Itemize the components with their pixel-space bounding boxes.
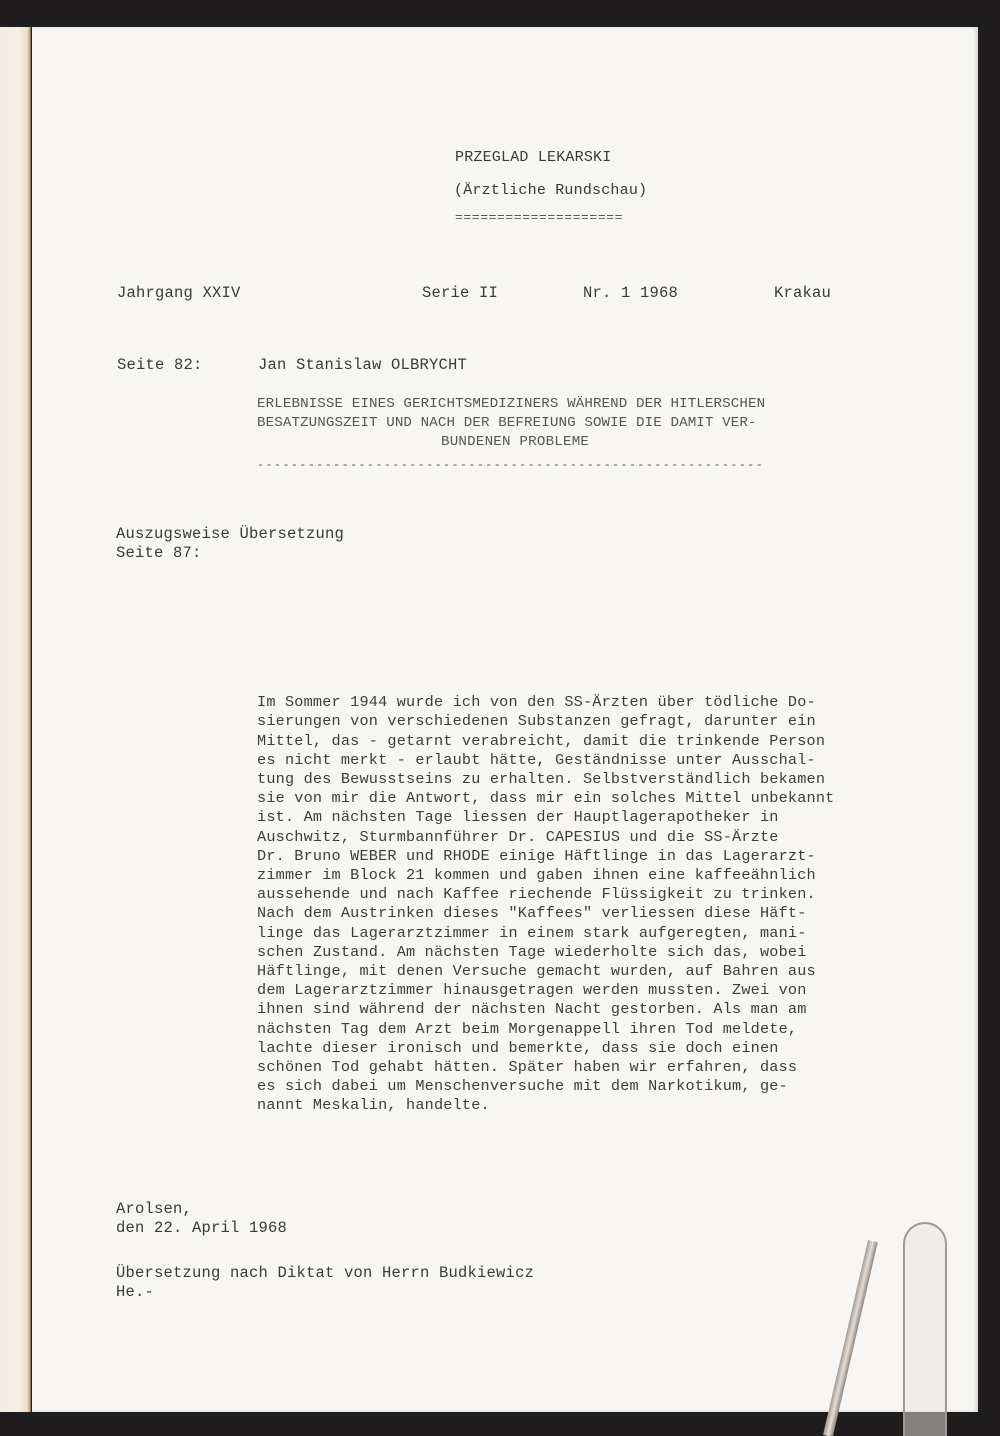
excerpt-line: ist. Am nächsten Tage liessen der Hauptl… xyxy=(257,808,834,827)
journal-subtitle: (Ärztliche Rundschau) xyxy=(454,182,647,199)
excerpt-line: ihnen sind während der nächsten Nacht ge… xyxy=(257,1000,834,1019)
article-title-line-1: ERLEBNISSE EINES GERICHTSMEDIZINERS WÄHR… xyxy=(257,396,765,412)
excerpt-line: schen Zustand. Am nächsten Tage wiederho… xyxy=(257,943,834,962)
article-title-rule: ----------------------------------------… xyxy=(257,458,764,472)
excerpt-line: Häftlinge, mit denen Versuche gemacht wu… xyxy=(257,962,834,981)
excerpt-line: es nicht merkt - erlaubt hätte, Geständn… xyxy=(257,751,834,770)
issue-number: Nr. 1 1968 xyxy=(583,284,678,302)
excerpt-line: sierungen von verschiedenen Substanzen g… xyxy=(257,712,834,731)
article-title-line-2: BESATZUNGSZEIT UND NACH DER BEFREIUNG SO… xyxy=(257,415,757,431)
excerpt-line: Im Sommer 1944 wurde ich von den SS-Ärzt… xyxy=(257,693,834,712)
excerpt-line: linge das Lagerarztzimmer in einem stark… xyxy=(257,924,834,943)
excerpt-line: aussehende und nach Kaffee riechende Flü… xyxy=(257,885,834,904)
title-underline: ==================== xyxy=(455,210,623,225)
footer-initials: He.- xyxy=(116,1283,154,1301)
footer-place: Arolsen, xyxy=(116,1200,192,1218)
excerpt-line: lachte dieser ironisch und bemerkte, das… xyxy=(257,1039,834,1058)
article-page-label: Seite 82: xyxy=(117,356,203,374)
article-author: Jan Stanislaw OLBRYCHT xyxy=(258,356,467,374)
excerpt-line: sie von mir die Antwort, dass mir ein so… xyxy=(257,789,834,808)
excerpt-label: Auszugsweise Übersetzung xyxy=(116,525,344,543)
issue-place: Krakau xyxy=(774,284,831,302)
journal-title: PRZEGLAD LEKARSKI xyxy=(455,149,611,166)
article-title-line-3: BUNDENEN PROBLEME xyxy=(441,434,589,450)
excerpt-line: Nach dem Austrinken dieses "Kaffees" ver… xyxy=(257,904,834,923)
excerpt-line: tung des Bewusstseins zu erhalten. Selbs… xyxy=(257,770,834,789)
issue-volume: Jahrgang XXIV xyxy=(117,284,241,302)
excerpt-line: Auschwitz, Sturmbannführer Dr. CAPESIUS … xyxy=(257,828,834,847)
excerpt-body: Im Sommer 1944 wurde ich von den SS-Ärzt… xyxy=(257,674,834,1135)
excerpt-page-label: Seite 87: xyxy=(116,544,202,562)
footer-date: den 22. April 1968 xyxy=(116,1219,287,1237)
issue-series: Serie II xyxy=(422,284,498,302)
footer-translation-note: Übersetzung nach Diktat von Herrn Budkie… xyxy=(116,1264,534,1282)
excerpt-line: schönen Tod gehabt hätten. Später haben … xyxy=(257,1058,834,1077)
excerpt-line: es sich dabei um Menschenversuche mit de… xyxy=(257,1077,834,1096)
page-clip xyxy=(903,1222,947,1436)
excerpt-line: nannt Meskalin, handelte. xyxy=(257,1096,834,1115)
book-binding-edge xyxy=(0,27,31,1414)
excerpt-line: Mittel, das - getarnt verabreicht, damit… xyxy=(257,732,834,751)
excerpt-line: zimmer im Block 21 kommen und gaben ihne… xyxy=(257,866,834,885)
excerpt-line: nächsten Tag dem Arzt beim Morgenappell … xyxy=(257,1020,834,1039)
excerpt-line: Dr. Bruno WEBER und RHODE einige Häftlin… xyxy=(257,847,834,866)
scan-background-bottom xyxy=(0,1412,1000,1436)
excerpt-line: dem Lagerarztzimmer hinausgetragen werde… xyxy=(257,981,834,1000)
